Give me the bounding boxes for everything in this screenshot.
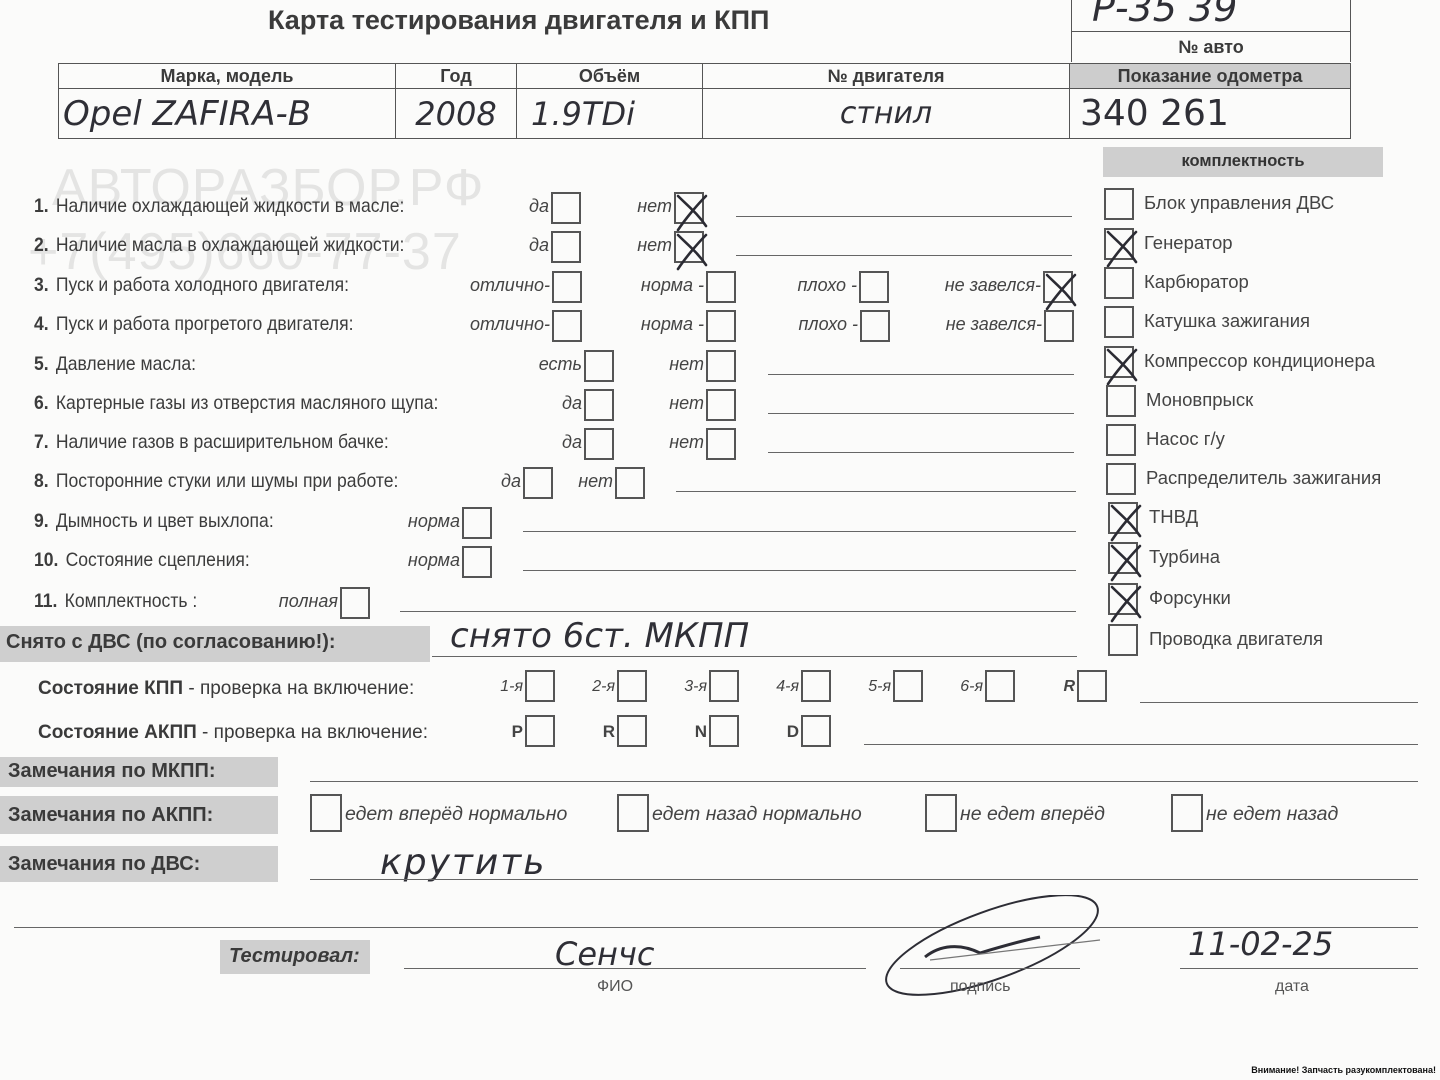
option-checkbox[interactable] xyxy=(706,389,736,421)
question-label: Давление масла: xyxy=(56,353,196,375)
kit-item-checkbox[interactable] xyxy=(1106,385,1136,417)
question-number: 9. xyxy=(34,510,49,532)
auto-gearbox-label-rest: - проверка на включение: xyxy=(197,722,428,743)
kit-item-checkbox[interactable] xyxy=(1106,463,1136,495)
question-text: 6.Картерные газы из отверстия масляного … xyxy=(34,392,438,415)
option-label: не завелся- xyxy=(923,275,1041,296)
option-label: не завелся- xyxy=(924,314,1042,335)
manual-gearbox-label-rest: - проверка на включение: xyxy=(183,678,414,699)
option-label: нет xyxy=(554,196,672,217)
car-number-label: № авто xyxy=(1072,37,1350,58)
option-checkbox[interactable] xyxy=(1043,271,1073,303)
option-label: нет xyxy=(586,354,704,375)
kit-item-label: Насос г/у xyxy=(1146,428,1225,450)
akpp-option-label: не едет назад xyxy=(1206,803,1338,826)
question-notes-line[interactable] xyxy=(736,255,1072,256)
question-label: Наличие газов в расширительном бачке: xyxy=(56,431,389,453)
kit-item-label: Генератор xyxy=(1144,232,1233,254)
engine-number-value[interactable]: стнил xyxy=(840,96,932,131)
question-label: Посторонние стуки или шумы при работе: xyxy=(56,470,399,492)
option-label: нет xyxy=(554,235,672,256)
kit-item-checkbox[interactable] xyxy=(1104,346,1134,378)
option-label: нет xyxy=(586,393,704,414)
vehicle-info-table: Марка, модель Год Объём № двигателя Пока… xyxy=(58,63,1351,139)
model-value[interactable]: Opel ZAFIRA-B xyxy=(59,94,311,134)
signature-caption: подпись xyxy=(950,978,1010,996)
kit-item-checkbox[interactable] xyxy=(1108,502,1138,534)
question-text: 4.Пуск и работа прогретого двигателя: xyxy=(34,313,353,336)
auto-gearbox-label-bold: Состояние АКПП xyxy=(38,722,197,743)
question-notes-line[interactable] xyxy=(400,611,1076,612)
question-notes-line[interactable] xyxy=(736,216,1072,217)
kit-title: комплектность xyxy=(1103,152,1383,171)
mkpp-remarks-line[interactable] xyxy=(310,781,1418,782)
question-text: 8.Посторонние стуки или шумы при работе: xyxy=(34,470,398,493)
option-checkbox[interactable] xyxy=(706,310,736,342)
question-number: 7. xyxy=(34,431,49,453)
question-notes-line[interactable] xyxy=(768,413,1074,414)
auto-gear-checkbox[interactable] xyxy=(525,715,555,747)
auto-gear-checkbox[interactable] xyxy=(801,715,831,747)
akpp-remarks-label: Замечания по АКПП: xyxy=(8,804,213,827)
option-checkbox[interactable] xyxy=(706,271,736,303)
question-label: Комплектность : xyxy=(65,590,198,612)
question-label: Пуск и работа прогретого двигателя: xyxy=(56,313,354,335)
gear-label: 6-я xyxy=(925,678,983,696)
footer-notice: Внимание! Запчасть разукомплектована! xyxy=(1251,1065,1436,1075)
option-checkbox[interactable] xyxy=(552,271,582,303)
option-label: нет xyxy=(586,432,704,453)
akpp-option-label: не едет вперёд xyxy=(960,803,1105,826)
question-number: 11. xyxy=(34,590,57,612)
option-label: плохо - xyxy=(740,314,858,335)
kit-item-label: Компрессор кондиционера xyxy=(1144,350,1375,372)
date-caption: дата xyxy=(1275,978,1309,996)
kit-item-checkbox[interactable] xyxy=(1108,542,1138,574)
col-header-model: Марка, модель xyxy=(59,64,396,89)
option-checkbox[interactable] xyxy=(860,310,890,342)
gear-checkbox[interactable] xyxy=(893,670,923,702)
engine-remarks-line xyxy=(310,879,1418,880)
tested-by-label: Тестировал: xyxy=(229,945,360,968)
removed-underline xyxy=(432,656,1077,657)
manual-gearbox-label-bold: Состояние КПП xyxy=(38,678,183,699)
engine-remarks-value[interactable]: крутить xyxy=(380,842,546,883)
option-label: отлично- xyxy=(432,314,550,335)
tester-name-caption: ФИО xyxy=(597,978,633,996)
option-label: полная xyxy=(220,591,338,612)
engine-remarks-label: Замечания по ДВС: xyxy=(8,853,200,876)
odometer-value[interactable]: 340 261 xyxy=(1070,93,1229,134)
option-label: норма xyxy=(342,550,460,571)
kit-item-checkbox[interactable] xyxy=(1104,228,1134,260)
kit-item-checkbox[interactable] xyxy=(1104,306,1134,338)
auto-gear-label: D xyxy=(741,722,799,742)
option-label: плохо - xyxy=(739,275,857,296)
gear-label: 2-я xyxy=(557,678,615,696)
kit-item-checkbox[interactable] xyxy=(1104,267,1134,299)
option-label: да xyxy=(431,235,549,256)
kit-item-label: Блок управления ДВС xyxy=(1144,192,1334,214)
akpp-option-label: едет вперёд нормально xyxy=(345,803,567,826)
auto-gear-label: P xyxy=(465,722,523,742)
question-number: 5. xyxy=(34,353,49,375)
mkpp-remarks-label: Замечания по МКПП: xyxy=(8,760,216,783)
option-checkbox[interactable] xyxy=(462,546,492,578)
akpp-option-checkbox[interactable] xyxy=(617,794,649,832)
auto-gear-checkbox[interactable] xyxy=(709,715,739,747)
date-value[interactable]: 11-02-25 xyxy=(1188,925,1333,963)
option-checkbox[interactable] xyxy=(615,467,645,499)
option-label: да xyxy=(431,196,549,217)
option-checkbox[interactable] xyxy=(859,271,889,303)
akpp-option-label: едет назад нормально xyxy=(652,803,862,826)
option-label: норма - xyxy=(586,314,704,335)
option-label: отлично- xyxy=(432,275,550,296)
signature-line xyxy=(900,968,1080,969)
question-text: 3.Пуск и работа холодного двигателя: xyxy=(34,274,349,297)
question-notes-line[interactable] xyxy=(523,570,1076,571)
option-label: да xyxy=(464,393,582,414)
kit-item-checkbox[interactable] xyxy=(1108,583,1138,615)
manual-gearbox-label: Состояние КПП - проверка на включение: xyxy=(38,678,414,700)
option-checkbox[interactable] xyxy=(674,192,704,224)
option-checkbox[interactable] xyxy=(674,231,704,263)
question-notes-line[interactable] xyxy=(676,491,1076,492)
question-number: 6. xyxy=(34,392,49,414)
option-label: есть xyxy=(464,354,582,375)
gear-label: 5-я xyxy=(833,678,891,696)
volume-value[interactable]: 1.9TDi xyxy=(517,95,635,133)
question-notes-line[interactable] xyxy=(768,374,1074,375)
question-number: 10. xyxy=(34,549,58,571)
question-label: Картерные газы из отверстия масляного щу… xyxy=(56,392,439,414)
question-text: 5.Давление масла: xyxy=(34,353,196,376)
kit-item-label: Распределитель зажигания xyxy=(1146,467,1381,489)
date-line xyxy=(1180,968,1418,969)
gear-label: 1-я xyxy=(465,678,523,696)
question-label: Наличие масла в охлаждающей жидкости: xyxy=(56,234,405,256)
question-notes-line[interactable] xyxy=(523,531,1076,532)
col-header-volume: Объём xyxy=(517,64,703,89)
kit-item-label: Проводка двигателя xyxy=(1149,628,1323,650)
option-label: норма xyxy=(342,511,460,532)
col-header-engine-number: № двигателя xyxy=(703,64,1070,89)
gear-checkbox[interactable] xyxy=(525,670,555,702)
gear-checkbox[interactable] xyxy=(1077,670,1107,702)
gear-label: R xyxy=(1017,678,1075,696)
question-label: Наличие охлаждающей жидкости в масле: xyxy=(56,195,405,217)
kit-item-checkbox[interactable] xyxy=(1106,424,1136,456)
kit-item-label: Турбина xyxy=(1149,546,1220,568)
question-text: 11.Комплектность : xyxy=(34,590,197,613)
akpp-option-checkbox[interactable] xyxy=(1171,794,1203,832)
removed-label: Снято с ДВС (по согласованию!): xyxy=(6,631,336,654)
gear-checkbox[interactable] xyxy=(709,670,739,702)
question-text: 1.Наличие охлаждающей жидкости в масле: xyxy=(34,195,404,218)
question-text: 10.Состояние сцепления: xyxy=(34,549,250,572)
removed-value[interactable]: снято 6ст. МКПП xyxy=(450,616,749,656)
kit-item-label: Карбюратор xyxy=(1144,271,1249,293)
option-label: норма - xyxy=(586,275,704,296)
gear-label: 3-я xyxy=(649,678,707,696)
manual-gearbox-line xyxy=(1140,702,1418,703)
question-label: Пуск и работа холодного двигателя: xyxy=(56,274,349,296)
auto-gear-checkbox[interactable] xyxy=(617,715,647,747)
tester-name-line xyxy=(404,968,866,969)
col-header-year: Год xyxy=(396,64,517,89)
option-checkbox[interactable] xyxy=(706,428,736,460)
question-number: 2. xyxy=(34,234,49,256)
gear-checkbox[interactable] xyxy=(801,670,831,702)
question-label: Дымность и цвет выхлопа: xyxy=(56,510,274,532)
question-text: 2.Наличие масла в охлаждающей жидкости: xyxy=(34,234,404,257)
question-number: 3. xyxy=(34,274,49,296)
car-number-box: Р-35 39 № авто xyxy=(1071,0,1351,62)
question-notes-line[interactable] xyxy=(768,452,1074,453)
question-number: 1. xyxy=(34,195,49,217)
kit-item-label: ТНВД xyxy=(1149,506,1198,528)
akpp-option-checkbox[interactable] xyxy=(310,794,342,832)
auto-gearbox-line xyxy=(864,744,1418,745)
option-checkbox[interactable] xyxy=(462,507,492,539)
option-checkbox[interactable] xyxy=(1044,310,1074,342)
akpp-option-checkbox[interactable] xyxy=(925,794,957,832)
auto-gear-label: N xyxy=(649,722,707,742)
gear-label: 4-я xyxy=(741,678,799,696)
kit-item-label: Катушка зажигания xyxy=(1144,310,1310,332)
question-text: 9.Дымность и цвет выхлопа: xyxy=(34,510,274,533)
question-number: 8. xyxy=(34,470,49,492)
col-header-odometer: Показание одометра xyxy=(1070,64,1351,89)
question-number: 4. xyxy=(34,313,49,335)
option-label: да xyxy=(464,432,582,453)
kit-item-checkbox[interactable] xyxy=(1104,188,1134,220)
gear-checkbox[interactable] xyxy=(985,670,1015,702)
gear-checkbox[interactable] xyxy=(617,670,647,702)
option-checkbox[interactable] xyxy=(340,587,370,619)
question-text: 7.Наличие газов в расширительном бачке: xyxy=(34,431,389,454)
page-title: Карта тестирования двигателя и КПП xyxy=(268,5,769,36)
question-label: Состояние сцепления: xyxy=(66,549,250,571)
auto-gear-label: R xyxy=(557,722,615,742)
kit-item-label: Форсунки xyxy=(1149,587,1231,609)
car-number-value: Р-35 39 xyxy=(1092,0,1237,30)
option-checkbox[interactable] xyxy=(552,310,582,342)
year-value[interactable]: 2008 xyxy=(415,95,496,133)
kit-item-label: Моновпрыск xyxy=(1146,389,1253,411)
option-checkbox[interactable] xyxy=(706,350,736,382)
auto-gearbox-label: Состояние АКПП - проверка на включение: xyxy=(38,722,428,744)
kit-item-checkbox[interactable] xyxy=(1108,624,1138,656)
option-label: нет xyxy=(495,471,613,492)
